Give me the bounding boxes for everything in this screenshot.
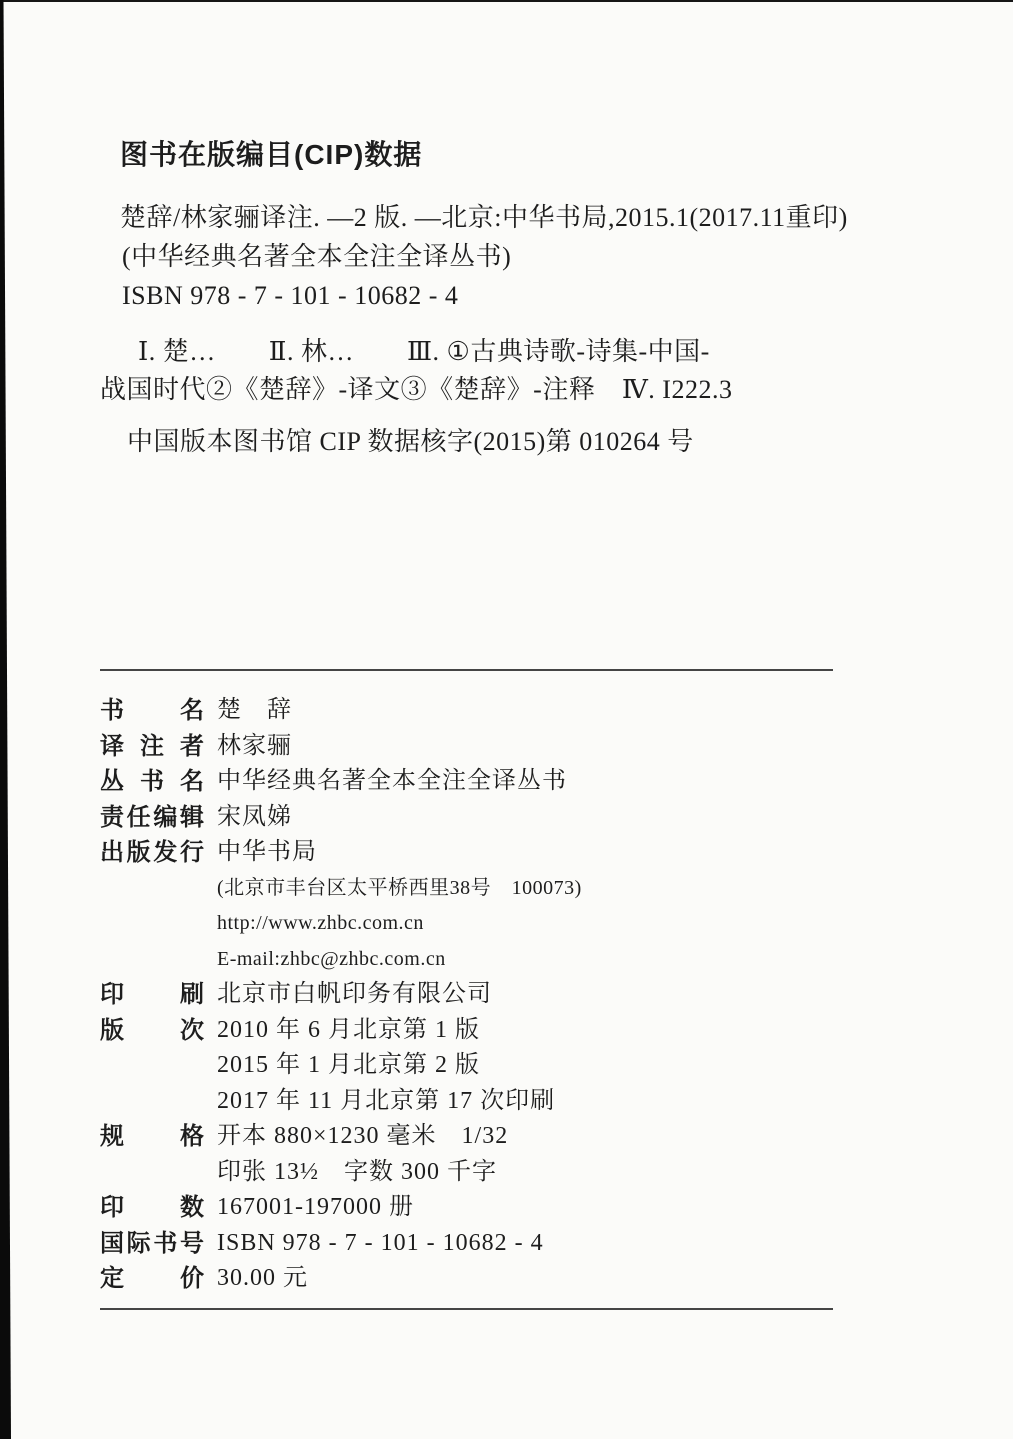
page-content: 图书在版编目(CIP)数据 楚辞/林家骊译注. —2 版. —北京:中华书局,2… xyxy=(100,140,912,1310)
cip-record-number: 中国版本图书馆 CIP 数据核字(2015)第 010264 号 xyxy=(127,427,912,457)
format-line-1: 开本 880×1230 毫米 1/32 xyxy=(217,1119,508,1155)
colophon-row-series-name: 丛书名 中华经典名著全本全注全译丛书 xyxy=(100,764,912,800)
colophon-row-label: 责任编辑 xyxy=(100,800,204,836)
colophon-row-value: 30.00 元 xyxy=(217,1261,308,1297)
edition-line-3: 2017 年 11 月北京第 17 次印刷 xyxy=(217,1084,555,1120)
publisher-address: (北京市丰台区太平桥西里38号 100073) xyxy=(217,871,582,907)
colophon-row-value: 楚 辞 xyxy=(217,693,292,729)
colophon-row-label: 定价 xyxy=(100,1261,204,1297)
colophon-row-label: 国际书号 xyxy=(100,1226,204,1262)
publisher-website: http://www.zhbc.com.cn xyxy=(217,906,582,942)
cip-heading: 图书在版编目(CIP)数据 xyxy=(120,140,912,170)
colophon-row-value: 中华书局 xyxy=(217,835,582,871)
colophon-row-label: 译注者 xyxy=(100,729,204,765)
colophon-row-label: 丛书名 xyxy=(100,764,204,800)
cip-isbn-line: ISBN 978 - 7 - 101 - 10682 - 4 xyxy=(122,281,912,311)
cip-classification-line1: Ⅰ. 楚… Ⅱ. 林… Ⅲ. ①古典诗歌-诗集-中国- xyxy=(138,337,912,367)
colophon: 书名 楚 辞 译注者 林家骊 丛书名 中华经典名著全本全注全译丛书 责任编辑 宋… xyxy=(100,693,912,1297)
scan-edge-top xyxy=(0,0,1013,2)
colophon-row-book-title: 书名 楚 辞 xyxy=(100,693,912,729)
format-line-2: 印张 13½ 字数 300 千字 xyxy=(217,1155,508,1191)
colophon-row-label: 印刷 xyxy=(100,977,204,1013)
cip-classification-line2: 战国时代②《楚辞》-译文③《楚辞》-注释 Ⅳ. I222.3 xyxy=(100,375,912,405)
colophon-row-format: 规格 开本 880×1230 毫米 1/32 印张 13½ 字数 300 千字 xyxy=(100,1119,912,1190)
cip-description: 楚辞/林家骊译注. —2 版. —北京:中华书局,2015.1(2017.11重… xyxy=(120,203,912,233)
publisher-email: E-mail:zhbc@zhbc.com.cn xyxy=(217,942,582,978)
colophon-row-editor: 责任编辑 宋凤娣 xyxy=(100,800,912,836)
colophon-row-label: 印数 xyxy=(100,1190,204,1226)
divider-rule-bottom xyxy=(100,1308,833,1310)
colophon-row-value: ISBN 978 - 7 - 101 - 10682 - 4 xyxy=(217,1226,544,1262)
divider-rule-top xyxy=(100,669,833,671)
edition-line-2: 2015 年 1 月北京第 2 版 xyxy=(217,1048,555,1084)
colophon-row-value: 中华经典名著全本全注全译丛书 xyxy=(217,764,567,800)
colophon-row-print-run: 印数 167001-197000 册 xyxy=(100,1190,912,1226)
colophon-row-value: 北京市白帆印务有限公司 xyxy=(217,977,492,1013)
colophon-row-translator: 译注者 林家骊 xyxy=(100,729,912,765)
edition-line-1: 2010 年 6 月北京第 1 版 xyxy=(217,1013,555,1049)
colophon-row-printer: 印刷 北京市白帆印务有限公司 xyxy=(100,977,912,1013)
colophon-row-value: 宋凤娣 xyxy=(217,800,292,836)
colophon-row-value: 167001-197000 册 xyxy=(217,1190,414,1226)
book-copyright-page: 图书在版编目(CIP)数据 楚辞/林家骊译注. —2 版. —北京:中华书局,2… xyxy=(0,0,1013,1439)
colophon-row-price: 定价 30.00 元 xyxy=(100,1261,912,1297)
scan-edge-left xyxy=(0,0,12,1439)
colophon-row-value: 林家骊 xyxy=(217,729,292,765)
colophon-row-label: 出版发行 xyxy=(100,835,204,871)
colophon-row-edition: 版次 2010 年 6 月北京第 1 版 2015 年 1 月北京第 2 版 2… xyxy=(100,1013,912,1120)
cip-series-note: (中华经典名著全本全注全译丛书) xyxy=(122,242,912,272)
colophon-row-label: 版次 xyxy=(100,1013,204,1049)
colophon-row-isbn: 国际书号 ISBN 978 - 7 - 101 - 10682 - 4 xyxy=(100,1226,912,1262)
colophon-row-label: 规格 xyxy=(100,1119,204,1155)
colophon-row-publisher: 出版发行 中华书局 (北京市丰台区太平桥西里38号 100073) http:/… xyxy=(100,835,912,977)
colophon-row-label: 书名 xyxy=(100,693,204,729)
